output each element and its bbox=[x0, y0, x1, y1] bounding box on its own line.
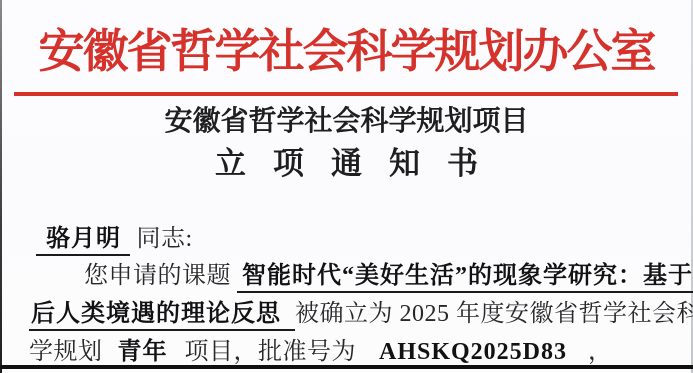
bottom-scan-rule bbox=[0, 365, 693, 369]
doc-type-title: 安徽省哲学社会科学规划项目 bbox=[0, 106, 693, 138]
lead-text: 您申请的课题 bbox=[84, 263, 231, 289]
red-divider-rule bbox=[14, 92, 678, 96]
doc-type-subtitle: 立项通知书 bbox=[0, 146, 693, 182]
body-line-3: 学规划青年项目，批准号为AHSKQ2025D83， bbox=[29, 337, 613, 367]
trailing-comma: ， bbox=[588, 339, 613, 365]
approval-number-label: 项目，批准号为 bbox=[185, 339, 357, 365]
org-title: 安徽省哲学社会科学规划办公室 bbox=[0, 26, 693, 78]
approval-statement: 被确立为 2025 年度安徽省哲学社会科 bbox=[295, 301, 693, 327]
body-line-1: 您申请的课题智能时代“美好生活”的现象学研究：基于 bbox=[84, 261, 693, 291]
project-topic-part1: 智能时代“美好生活”的现象学研究：基于 bbox=[237, 263, 693, 293]
document-page: 安徽省哲学社会科学规划办公室 安徽省哲学社会科学规划项目 立项通知书 骆月明 同… bbox=[0, 0, 693, 373]
body-line-2: 后人类境遇的理论反思被确立为 2025 年度安徽省哲学社会科 bbox=[29, 299, 693, 329]
salutation-line: 骆月明 同志: bbox=[36, 224, 193, 254]
category-prefix: 学规划 bbox=[29, 339, 103, 365]
project-topic-part2: 后人类境遇的理论反思 bbox=[29, 301, 295, 331]
recipient-name: 骆月明 bbox=[36, 226, 130, 256]
recipient-honorific: 同志: bbox=[137, 226, 193, 252]
